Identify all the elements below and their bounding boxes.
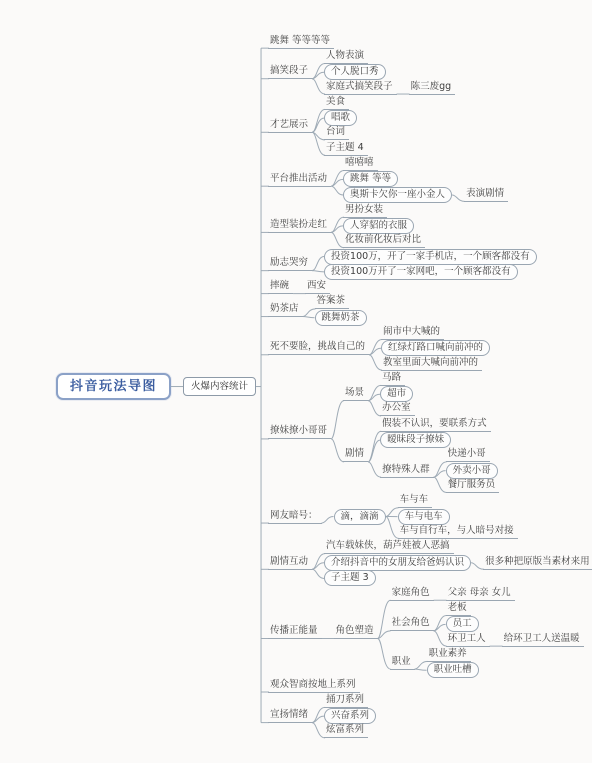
mindmap-node[interactable]: 奶茶店: [268, 303, 303, 317]
mindmap-node[interactable]: 表演剧情: [464, 188, 508, 202]
mindmap-node-row: 闹市中大喊的: [381, 325, 490, 340]
mindmap-node-row: 抖音玩法导图火爆内容统计跳舞 等等等等搞笑段子人物表演个人脱口秀家庭式搞笑段子陈…: [56, 34, 592, 739]
mindmap-node[interactable]: 红绿灯路口喊向前冲的: [381, 340, 490, 356]
mindmap-node[interactable]: 传播正能量: [268, 625, 322, 639]
mindmap-node-row: 办公室: [380, 402, 415, 417]
mindmap-node[interactable]: 职业吐槽: [427, 662, 479, 678]
mindmap-node[interactable]: 搞笑段子: [268, 65, 312, 79]
mindmap-node-row: 车与电车: [398, 509, 518, 524]
mindmap-node[interactable]: 投资100万开了一家网吧，一个顾客都没有: [324, 264, 518, 280]
mindmap-node[interactable]: 答案茶: [315, 295, 350, 309]
mindmap-node-row: 宣扬情绪捅刀系列兴奋系列炫富系列: [268, 693, 592, 739]
mindmap-node-row: 死不要脸，挑战自己的闹市中大喊的红绿灯路口喊向前冲的教室里面大喊向前冲的: [268, 325, 592, 371]
mindmap-node[interactable]: 平台推出活动: [268, 173, 331, 187]
mindmap-node-row: 介绍抖音中的女朋友给爸妈认识很多种把原版当素材来用: [324, 555, 592, 571]
mindmap-node-row: 跳舞奶茶: [315, 310, 367, 325]
mindmap-node[interactable]: 才艺展示: [268, 119, 312, 133]
mindmap-node[interactable]: 车与车: [398, 494, 433, 508]
mindmap-node[interactable]: 很多种把原版当素材来用: [483, 556, 592, 570]
mindmap-node[interactable]: 撩妹撩小哥哥: [268, 425, 331, 439]
mindmap-canvas: 抖音玩法导图火爆内容统计跳舞 等等等等搞笑段子人物表演个人脱口秀家庭式搞笑段子陈…: [0, 0, 592, 763]
mindmap-node-row: 陈三废gg: [409, 80, 456, 95]
mindmap-node[interactable]: 宣扬情绪: [268, 709, 312, 723]
mindmap-node-row: 职业吐槽: [427, 663, 479, 678]
mindmap-node-row: 外卖小哥: [446, 463, 500, 478]
mindmap-node-row: 快递小哥: [446, 448, 500, 463]
mindmap-node[interactable]: 造型装扮走红: [268, 219, 331, 233]
mindmap-node-row: 造型装扮走红男扮女装人穿貂的衣服化妆前化妆后对比: [268, 203, 592, 249]
mindmap-node[interactable]: 嘻嘻嘻: [343, 157, 378, 171]
mindmap-tree: 抖音玩法导图火爆内容统计跳舞 等等等等搞笑段子人物表演个人脱口秀家庭式搞笑段子陈…: [56, 34, 592, 739]
mindmap-node[interactable]: 跳舞奶茶: [315, 310, 367, 326]
mindmap-node[interactable]: 闹市中大喊的: [381, 326, 444, 340]
mindmap-node[interactable]: 场景: [343, 387, 368, 401]
mindmap-node-row: 教室里面大喊向前冲的: [381, 356, 490, 371]
mindmap-node-row: 炫富系列: [324, 724, 376, 739]
mindmap-node-row: 撩妹撩小哥哥场景马路超市办公室剧情假装不认识，要联系方式暧昧段子撩妹撩特殊人群快…: [268, 371, 592, 493]
mindmap-node[interactable]: 老板: [446, 602, 471, 616]
mindmap-node-row: 励志哭穷投资100万，开了一家手机店，一个顾客都没有投资100万开了一家网吧，一…: [268, 249, 592, 280]
mindmap-node-row: 搞笑段子人物表演个人脱口秀家庭式搞笑段子陈三废gg: [268, 49, 592, 95]
mindmap-node-row: 化妆前化妆后对比: [343, 234, 425, 249]
mindmap-node[interactable]: 励志哭穷: [268, 257, 312, 271]
mindmap-node-row: 投资100万开了一家网吧，一个顾客都没有: [324, 264, 537, 279]
mindmap-node-row: 人物表演: [324, 49, 455, 64]
mindmap-node[interactable]: 台词: [324, 126, 349, 140]
mindmap-node[interactable]: 摔碗: [268, 280, 293, 294]
mindmap-node-row: 表演剧情: [464, 187, 508, 202]
mindmap-node[interactable]: 跳舞 等等等等: [268, 35, 334, 49]
mindmap-node-row: 摔碗西安: [268, 279, 592, 294]
mindmap-node-row: 角色塑造家庭角色父亲 母亲 女儿社会角色老板员工环卫工人给环卫工人送温暖职业职业…: [334, 586, 584, 678]
mindmap-node[interactable]: 超市: [380, 386, 413, 402]
mindmap-node-row: 男扮女装: [343, 203, 425, 218]
mindmap-node-row: 老板: [446, 601, 584, 616]
mindmap-node-row: 观众智商按地上系列: [268, 678, 592, 693]
mindmap-node[interactable]: 快递小哥: [446, 448, 490, 462]
mindmap-node-row: 奶茶店答案茶跳舞奶茶: [268, 295, 592, 326]
mindmap-node-row: 场景马路超市办公室: [343, 371, 499, 417]
mindmap-node-row: 投资100万，开了一家手机店，一个顾客都没有: [324, 249, 537, 264]
mindmap-node[interactable]: 西安: [305, 280, 330, 294]
mindmap-node-row: 跳舞 等等等等: [268, 34, 592, 49]
mindmap-node[interactable]: 人穿貂的衣服: [343, 218, 414, 234]
mindmap-node-row: 子主题 3: [324, 571, 592, 586]
mindmap-node[interactable]: 父亲 母亲 女儿: [446, 587, 515, 601]
mindmap-node-row: 唱歌: [324, 110, 368, 125]
mindmap-node-row: 子主题 4: [324, 141, 368, 156]
mindmap-node-row: 传播正能量角色塑造家庭角色父亲 母亲 女儿社会角色老板员工环卫工人给环卫工人送温…: [268, 586, 592, 678]
mindmap-node-row: 职业职业素养职业吐槽: [390, 647, 584, 678]
mindmap-node-row: 捅刀系列: [324, 693, 376, 708]
mindmap-node-row: 环卫工人给环卫工人送温暖: [446, 632, 584, 647]
mindmap-node-row: 社会角色老板员工环卫工人给环卫工人送温暖: [390, 601, 584, 647]
mindmap-node-row: 员工: [446, 617, 584, 632]
mindmap-node-row: 奥斯卡欠你一座小金人表演剧情: [343, 187, 508, 203]
mindmap-node-row: 假装不认识，要联系方式: [380, 417, 499, 432]
mindmap-node[interactable]: 教室里面大喊向前冲的: [381, 357, 482, 371]
root-node[interactable]: 抖音玩法导图: [56, 373, 171, 400]
mindmap-node-row: 父亲 母亲 女儿: [446, 586, 515, 601]
mindmap-node-row: 剧情假装不认识，要联系方式暧昧段子撩妹撩特殊人群快递小哥外卖小哥餐厅服务员: [343, 417, 499, 493]
mindmap-node-row: 职业素养: [427, 647, 479, 662]
mindmap-node[interactable]: 给环卫工人送温暖: [502, 633, 584, 647]
mindmap-node-row: 火爆内容统计跳舞 等等等等搞笑段子人物表演个人脱口秀家庭式搞笑段子陈三废gg才艺…: [183, 34, 592, 739]
mindmap-node-row: 网友暗号：滴，滴滴车与车车与电车车与自行车，与人暗号对接: [268, 494, 592, 540]
mindmap-node[interactable]: 滴，滴滴: [334, 509, 386, 525]
mindmap-node[interactable]: 兴奋系列: [324, 708, 376, 724]
mindmap-node-row: 个人脱口秀: [324, 65, 455, 80]
mindmap-node[interactable]: 家庭式搞笑段子: [324, 81, 397, 95]
mindmap-node-row: 跳舞 等等: [343, 172, 508, 187]
mindmap-node[interactable]: 男扮女装: [343, 204, 387, 218]
mindmap-node[interactable]: 车与电车: [398, 509, 450, 525]
mindmap-node[interactable]: 汽车载妹侠，葫芦娃被人恶搞: [324, 540, 454, 554]
mindmap-node-row: 答案茶: [315, 295, 367, 310]
mindmap-node[interactable]: 车与自行车，与人暗号对接: [398, 525, 518, 539]
mindmap-node-row: 家庭角色父亲 母亲 女儿: [390, 586, 584, 601]
mindmap-node[interactable]: 奥斯卡欠你一座小金人: [343, 187, 452, 203]
mindmap-node[interactable]: 马路: [380, 372, 405, 386]
mindmap-node[interactable]: 社会角色: [390, 617, 434, 631]
mindmap-node[interactable]: 观众智商按地上系列: [268, 679, 360, 693]
mindmap-node-row: 家庭式搞笑段子陈三废gg: [324, 80, 455, 95]
mindmap-node-row: 剧情互动汽车载妹侠，葫芦娃被人恶搞介绍抖音中的女朋友给爸妈认识很多种把原版当素材…: [268, 540, 592, 587]
mindmap-node-row: 美食: [324, 95, 368, 110]
mindmap-node-row: 车与车: [398, 494, 518, 509]
mindmap-node-row: 才艺展示美食唱歌台词子主题 4: [268, 95, 592, 156]
mindmap-node-row: 人穿貂的衣服: [343, 218, 425, 233]
mindmap-node[interactable]: 环卫工人: [446, 633, 490, 647]
mindmap-node-row: 撩特殊人群快递小哥外卖小哥餐厅服务员: [380, 448, 499, 494]
mindmap-node[interactable]: 暧昧段子撩妹: [380, 432, 451, 448]
mindmap-node[interactable]: 陈三废gg: [409, 81, 456, 95]
mindmap-node-row: 红绿灯路口喊向前冲的: [381, 341, 490, 356]
mindmap-node[interactable]: 捅刀系列: [324, 694, 368, 708]
mindmap-node-row: 平台推出活动嘻嘻嘻跳舞 等等奥斯卡欠你一座小金人表演剧情: [268, 156, 592, 203]
mindmap-node[interactable]: 人物表演: [324, 50, 368, 64]
mindmap-node[interactable]: 介绍抖音中的女朋友给爸妈认识: [324, 555, 471, 571]
hub-node[interactable]: 火爆内容统计: [183, 377, 256, 396]
mindmap-node[interactable]: 炫富系列: [324, 724, 368, 738]
mindmap-node[interactable]: 美食: [324, 96, 349, 110]
mindmap-node[interactable]: 子主题 3: [324, 570, 376, 586]
mindmap-node-row: 餐厅服务员: [446, 478, 500, 493]
mindmap-node[interactable]: 角色塑造: [334, 625, 378, 639]
mindmap-node[interactable]: 员工: [446, 616, 479, 632]
mindmap-node[interactable]: 假装不认识，要联系方式: [380, 418, 491, 432]
mindmap-node[interactable]: 网友暗号：: [268, 510, 322, 524]
mindmap-node[interactable]: 餐厅服务员: [446, 479, 500, 493]
mindmap-node[interactable]: 外卖小哥: [446, 463, 498, 479]
mindmap-node[interactable]: 剧情: [343, 448, 368, 462]
mindmap-node[interactable]: 职业素养: [427, 648, 471, 662]
mindmap-node-row: 暧昧段子撩妹: [380, 432, 499, 447]
mindmap-node[interactable]: 子主题 4: [324, 142, 368, 156]
mindmap-node-row: 车与自行车，与人暗号对接: [398, 524, 518, 539]
mindmap-node[interactable]: 职业: [390, 656, 415, 670]
mindmap-node-row: 台词: [324, 126, 368, 141]
mindmap-node-row: 超市: [380, 387, 415, 402]
mindmap-node[interactable]: 个人脱口秀: [324, 64, 386, 80]
mindmap-node[interactable]: 唱歌: [324, 110, 357, 126]
mindmap-node-row: 马路: [380, 371, 415, 386]
mindmap-node-row: 很多种把原版当素材来用: [483, 555, 592, 570]
mindmap-node[interactable]: 投资100万，开了一家手机店，一个顾客都没有: [324, 249, 537, 265]
mindmap-node[interactable]: 家庭角色: [390, 587, 434, 601]
mindmap-node-row: 汽车载妹侠，葫芦娃被人恶搞: [324, 540, 592, 555]
mindmap-node-row: 兴奋系列: [324, 708, 376, 723]
mindmap-node[interactable]: 办公室: [380, 402, 415, 416]
mindmap-node-row: 给环卫工人送温暖: [502, 632, 584, 647]
mindmap-node[interactable]: 死不要脸，挑战自己的: [268, 341, 369, 355]
mindmap-node-row: 嘻嘻嘻: [343, 156, 508, 171]
mindmap-node[interactable]: 跳舞 等等: [343, 171, 398, 187]
mindmap-node[interactable]: 剧情互动: [268, 556, 312, 570]
mindmap-node-row: 西安: [305, 279, 330, 294]
mindmap-node-row: 滴，滴滴车与车车与电车车与自行车，与人暗号对接: [334, 494, 518, 540]
mindmap-node[interactable]: 撩特殊人群: [380, 464, 434, 478]
mindmap-node[interactable]: 化妆前化妆后对比: [343, 234, 425, 248]
